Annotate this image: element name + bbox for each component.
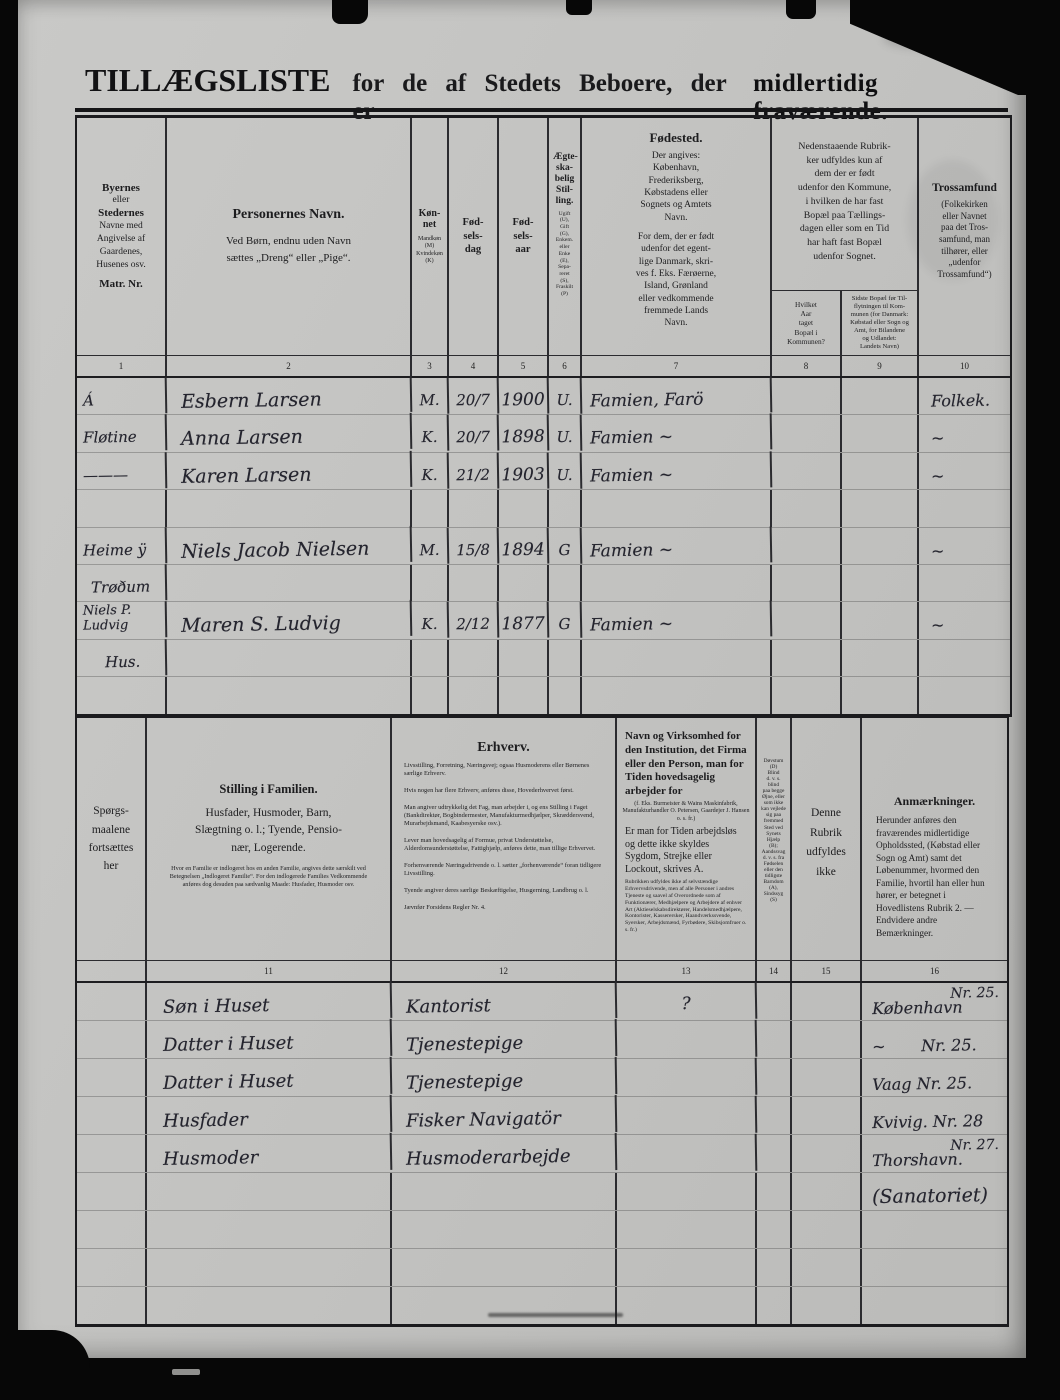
table-row: Datter i Huset Tjenestepige ~ Nr. 25. <box>77 1021 1007 1059</box>
col13-header: Navn og Virksomhed for den Institution, … <box>617 718 757 960</box>
cell-family-position: Datter i Huset <box>147 1019 393 1060</box>
cell-name <box>167 565 412 601</box>
table-row: (Sanatoriet) <box>77 1173 1007 1211</box>
cell-family-position: Datter i Huset <box>147 1057 393 1098</box>
cell-year-moved <box>772 453 842 489</box>
table-row: Datter i Huset Tjenestepige Vaag Nr. 25. <box>77 1059 1007 1097</box>
col1-line: Byernes <box>102 182 140 196</box>
cell-remarks <box>862 1249 1007 1286</box>
col11-fine-print: Hvor en Familie er indlogeret hos en and… <box>151 865 386 890</box>
col8-9-subheaders: Hvilket Aar taget Bopæl i Kommunen? Sids… <box>772 290 917 355</box>
printer-imprint <box>488 1313 623 1317</box>
col-number: 5 <box>499 356 549 376</box>
cell-birthyear: 1903 <box>499 452 550 489</box>
col1-matrnr: Matr. Nr. <box>99 278 142 292</box>
cell-birthplace: Famien, Farö <box>582 376 773 416</box>
col-number: 10 <box>919 356 1010 376</box>
cell-religion: ~ <box>919 415 1011 453</box>
cell-birthday <box>449 640 499 676</box>
cell-spacer <box>77 1249 147 1286</box>
remark-text: Kvivig. Nr. 28 <box>872 1111 983 1132</box>
cell-disability <box>757 1059 792 1096</box>
cell-employer <box>617 1211 757 1248</box>
cell-remarks: Vaag Nr. 25. <box>862 1058 1008 1098</box>
cell-year-moved <box>772 677 842 713</box>
lower-table-number-row: 11 12 13 14 15 16 <box>77 960 1007 983</box>
col-number: 13 <box>617 961 757 981</box>
cell-place: Hus. <box>77 639 168 677</box>
cell-last-residence <box>842 453 919 489</box>
cell-birthplace <box>582 677 772 713</box>
cell-year-moved <box>772 378 842 414</box>
cell-birthday <box>449 490 499 526</box>
film-mark-top <box>332 0 368 24</box>
col-number: 7 <box>582 356 772 376</box>
cell-occupation: Tjenestepige <box>392 1019 618 1060</box>
cell-status <box>549 565 582 601</box>
cell-unused <box>792 1135 862 1172</box>
cell-sex <box>412 640 449 676</box>
col3-title: Køn- net <box>419 208 441 230</box>
cell-employer <box>617 1134 758 1173</box>
cell-year-moved <box>772 565 842 601</box>
col13-main-text: Navn og Virksomhed for den Institution, … <box>621 724 751 799</box>
cell-birthday <box>449 565 499 601</box>
col-number: 9 <box>842 356 919 376</box>
cell-occupation <box>392 1173 617 1210</box>
cell-employer <box>617 1173 757 1210</box>
cell-name: Anna Larsen <box>167 413 413 454</box>
cell-place <box>77 490 167 526</box>
cell-name: Esbern Larsen <box>167 376 413 417</box>
cell-place: Á <box>77 377 168 415</box>
cell-spacer <box>77 1211 147 1248</box>
cell-birthyear: 1894 <box>499 527 550 564</box>
cell-last-residence <box>842 415 919 451</box>
col13-fine-print: Rubrikken udfyldes ikke af selvstændige … <box>621 879 751 934</box>
col-number: 8 <box>772 356 842 376</box>
col14-disability-codes: Døvstum (D) Blind d. v. s. blind paa beg… <box>761 724 786 903</box>
table-row <box>77 1287 1007 1324</box>
cell-status: G <box>549 602 583 639</box>
col7-paragraph: For dem, der er født udenfor det egent- … <box>586 231 766 330</box>
cell-place: Trøðum <box>77 564 168 602</box>
cell-birthyear: 1898 <box>499 415 550 452</box>
cell-birthday: 2/12 <box>449 602 500 639</box>
cell-status <box>549 640 582 676</box>
cell-disability <box>757 1135 792 1172</box>
remark-text: (Sanatoriet) <box>872 1184 988 1208</box>
cell-sex <box>412 565 449 601</box>
col13-examples: (f. Eks. Burmeister & Wains Maskinfabrik… <box>621 801 751 824</box>
col6-title: Ægte- ska- belig Stil- ling. <box>553 152 576 207</box>
title-lead: TILLÆGSLISTE <box>85 62 330 99</box>
cell-birthyear: 1877 <box>499 602 550 639</box>
census-form-page: TILLÆGSLISTE for de af Stedets Beboere, … <box>18 0 1026 1360</box>
col8-9-header-group: Nedenstaaende Rubrik- ker udfyldes kun a… <box>772 118 919 355</box>
cell-employer <box>617 1020 758 1059</box>
cell-year-moved <box>772 602 842 638</box>
col15-header: Denne Rubrik udfyldes ikke <box>792 718 862 960</box>
cell-family-position: Søn i Huset <box>147 981 393 1022</box>
cell-year-moved <box>772 415 842 451</box>
cell-sex: K. <box>412 415 450 452</box>
col7-paragraph: Der angives: København, Frederiksberg, K… <box>586 150 766 224</box>
cell-birthday: 21/2 <box>449 452 500 489</box>
cell-sex <box>412 490 449 526</box>
cell-family-position: Husmoder <box>147 1133 393 1174</box>
col2-header: Personernes Navn. Ved Børn, endnu uden N… <box>167 118 412 355</box>
col2-title: Personernes Navn. <box>233 207 345 223</box>
cell-disability <box>757 1249 792 1286</box>
cell-remarks: Kvivig. Nr. 28 <box>862 1096 1008 1136</box>
cell-spacer <box>77 983 147 1020</box>
film-border-right <box>1026 0 1060 1400</box>
col1-body: Navne med Angivelse af Gaardenes, Husene… <box>96 220 146 271</box>
col8-9-group-text: Nedenstaaende Rubrik- ker udfyldes kun a… <box>772 118 917 290</box>
cell-remarks: Nr. 25. København <box>862 982 1008 1022</box>
film-border-bottom <box>0 1358 1060 1400</box>
cell-spacer <box>77 1135 147 1172</box>
remark-text: Thorshavn. <box>872 1150 963 1171</box>
cell-spacer <box>77 1021 147 1058</box>
col15-not-filled-note: Denne Rubrik udfyldes ikke <box>796 724 856 882</box>
upper-table-header: Byernes eller Stedernes Navne med Angive… <box>77 118 1010 355</box>
col-number: 12 <box>392 961 617 981</box>
cell-place: Niels P. Ludvig <box>77 602 168 640</box>
cell-remarks: (Sanatoriet) <box>862 1172 1008 1212</box>
cell-place: ——— <box>77 452 168 490</box>
cell-unused <box>792 1097 862 1134</box>
col11-header: Stilling i Familien. Husfader, Husmoder,… <box>147 718 392 960</box>
col5-title: Fød- sels- aar <box>513 216 534 257</box>
cell-sex: M. <box>412 378 450 415</box>
table-row <box>77 677 1010 713</box>
film-border-left <box>0 0 18 1400</box>
cell-year-moved <box>772 490 842 526</box>
cell-remarks: Nr. 27. Thorshavn. <box>862 1134 1008 1174</box>
cell-status <box>549 677 582 713</box>
cell-name <box>167 490 412 526</box>
cell-place: Heime ÿ <box>77 527 168 565</box>
cell-family-position <box>147 1249 392 1286</box>
cell-disability <box>757 1211 792 1248</box>
cell-birthday: 20/7 <box>449 378 500 415</box>
cell-status: U. <box>549 415 583 452</box>
cell-occupation: Kantorist <box>392 981 618 1022</box>
table-row: Trøðum <box>77 565 1010 602</box>
cell-status: G <box>549 527 583 564</box>
col16-title: Anmærkninger. <box>866 794 1003 809</box>
cell-status: U. <box>549 378 583 415</box>
film-scratch-mark <box>172 1369 200 1375</box>
cell-family-position: Husfader <box>147 1095 393 1136</box>
cell-spacer <box>77 1059 147 1096</box>
col12-title: Erhverv. <box>477 740 530 756</box>
cell-occupation: Husmoderarbejde <box>392 1133 618 1174</box>
col14-header: Døvstum (D) Blind d. v. s. blind paa beg… <box>757 718 792 960</box>
cell-last-residence <box>842 640 919 676</box>
cell-spacer <box>77 1287 147 1324</box>
col12-header: Erhverv. Livsstilling, Forretning, Nærin… <box>392 718 617 960</box>
cell-birthplace <box>582 640 772 676</box>
cell-occupation <box>392 1211 617 1248</box>
cell-birthplace <box>582 565 772 601</box>
cell-occupation <box>392 1249 617 1286</box>
col5-header: Fød- sels- aar <box>499 118 549 355</box>
cell-place: Fløtine <box>77 415 168 453</box>
col1-line: Stedernes <box>98 207 144 221</box>
table-row: Hus. <box>77 640 1010 677</box>
col-number: 11 <box>147 961 392 981</box>
table-row: ——— Karen Larsen K. 21/2 1903 U. Famien … <box>77 453 1010 490</box>
cell-name: Maren S. Ludvig <box>167 600 413 641</box>
continuation-label: Spørgs- maalene fortsættes her <box>77 718 147 960</box>
cell-place <box>77 677 167 713</box>
cell-disability <box>757 1097 792 1134</box>
col-number: 3 <box>412 356 449 376</box>
col1-line: eller <box>113 195 130 206</box>
cell-religion <box>919 490 1010 526</box>
film-mark-top <box>566 0 592 15</box>
col-number: 16 <box>862 961 1007 981</box>
cell-sex <box>412 677 449 713</box>
cell-birthplace: Famien ~ <box>582 526 773 566</box>
cell-sex: M. <box>412 527 450 564</box>
cell-disability <box>757 1021 792 1058</box>
table-row <box>77 490 1010 527</box>
col16-header: Anmærkninger. Herunder anføres den fravæ… <box>862 718 1007 960</box>
cell-religion: ~ <box>919 527 1011 565</box>
cell-employer: ? <box>617 982 758 1021</box>
cell-last-residence <box>842 490 919 526</box>
cell-occupation <box>392 1287 617 1324</box>
cell-family-position <box>147 1211 392 1248</box>
cell-last-residence <box>842 677 919 713</box>
cell-unused <box>792 1021 862 1058</box>
cell-name: Niels Jacob Nielsen <box>167 525 413 566</box>
cell-remarks <box>862 1211 1007 1248</box>
cell-year-moved <box>772 528 842 564</box>
remark-text: Vaag Nr. 25. <box>872 1073 972 1094</box>
cell-sex: K. <box>412 602 450 639</box>
col1-header: Byernes eller Stedernes Navne med Angive… <box>77 118 167 355</box>
col12-fine-print: Livsstilling, Forretning, Næringsvej; og… <box>396 762 611 912</box>
lower-table: Spørgs- maalene fortsættes her Stilling … <box>75 715 1009 1327</box>
cell-religion <box>919 640 1010 676</box>
title-rule <box>75 108 1008 112</box>
cell-last-residence <box>842 602 919 638</box>
cell-unused <box>792 1059 862 1096</box>
table-row: Niels P. Ludvig Maren S. Ludvig K. 2/12 … <box>77 602 1010 639</box>
table-row: Heime ÿ Niels Jacob Nielsen M. 15/8 1894… <box>77 528 1010 565</box>
cell-employer <box>617 1058 758 1097</box>
cell-last-residence <box>842 528 919 564</box>
cell-religion: ~ <box>919 602 1011 640</box>
film-mark-top <box>786 0 816 19</box>
col3-header: Køn- net Mandkøn (M) Kvindekøn (K) <box>412 118 449 355</box>
col6-sub: Ugift (U), Gift (G), Enkem. eller Enke (… <box>553 211 576 298</box>
cell-birthday <box>449 677 499 713</box>
cell-occupation: Fisker Navigatör <box>392 1095 618 1136</box>
cell-birthplace <box>582 490 772 526</box>
lower-table-header: Spørgs- maalene fortsættes her Stilling … <box>77 718 1007 960</box>
cell-disability <box>757 983 792 1020</box>
cell-employer <box>617 1287 757 1324</box>
cell-religion <box>919 677 1010 713</box>
col-number: 1 <box>77 356 167 376</box>
col-number: 4 <box>449 356 499 376</box>
cell-birthday: 15/8 <box>449 527 500 564</box>
cell-unused <box>792 983 862 1020</box>
table-row <box>77 1249 1007 1287</box>
cell-birthyear <box>499 565 549 601</box>
upper-table: Byernes eller Stedernes Navne med Angive… <box>75 115 1012 717</box>
cell-unused <box>792 1211 862 1248</box>
cell-remarks: ~ Nr. 25. <box>862 1020 1008 1060</box>
cell-remarks <box>862 1287 1007 1324</box>
cell-birthplace: Famien ~ <box>582 601 773 641</box>
cell-birthyear <box>499 677 549 713</box>
cell-sex: K. <box>412 452 450 489</box>
cell-occupation: Tjenestepige <box>392 1057 618 1098</box>
col-number: 15 <box>792 961 862 981</box>
cell-religion: Folkek. <box>919 377 1011 415</box>
col9-subheader: Sidste Bopæl før Til- flytningen til Kom… <box>842 291 917 355</box>
col8-subheader: Hvilket Aar taget Bopæl i Kommunen? <box>772 291 842 355</box>
cell-religion: ~ <box>919 452 1011 490</box>
cell-birthyear: 1900 <box>499 378 550 415</box>
cell-disability <box>757 1173 792 1210</box>
col-number: 2 <box>167 356 412 376</box>
cell-religion <box>919 565 1010 601</box>
col-number: 14 <box>757 961 792 981</box>
cell-last-residence <box>842 565 919 601</box>
col4-title: Fød- sels- dag <box>463 216 484 257</box>
cell-status: U. <box>549 452 583 489</box>
col13-unemployed-note: Er man for Tiden arbejdsløs og dette ikk… <box>621 826 751 876</box>
table-row: Søn i Huset Kantorist ? Nr. 25. Københav… <box>77 983 1007 1021</box>
table-row <box>77 1211 1007 1249</box>
cell-disability <box>757 1287 792 1324</box>
col7-title: Fødested. <box>586 130 766 146</box>
cell-spacer <box>77 1097 147 1134</box>
remark-text: ~ Nr. 25. <box>872 1035 977 1056</box>
col2-sub: Ved Børn, endnu uden Navn sættes „Dreng“… <box>226 233 351 266</box>
table-row: Husfader Fisker Navigatör Kvivig. Nr. 28 <box>77 1097 1007 1135</box>
cell-birthplace: Famien ~ <box>582 451 773 491</box>
table-row: Husmoder Husmoderarbejde Nr. 27. Thorsha… <box>77 1135 1007 1173</box>
cell-unused <box>792 1287 862 1324</box>
cell-employer <box>617 1249 757 1286</box>
cell-birthyear <box>499 490 549 526</box>
col-number: 6 <box>549 356 582 376</box>
film-corner-bottom-left <box>0 1330 90 1400</box>
cell-name: Karen Larsen <box>167 451 413 492</box>
col16-body: Herunder anføres den fraværendes midlert… <box>866 815 1003 940</box>
cell-status <box>549 490 582 526</box>
cell-name <box>167 677 412 713</box>
col4-header: Fød- sels- dag <box>449 118 499 355</box>
cell-family-position <box>147 1173 392 1210</box>
cell-unused <box>792 1173 862 1210</box>
cell-employer <box>617 1096 758 1135</box>
cell-unused <box>792 1249 862 1286</box>
cell-birthyear <box>499 640 549 676</box>
cell-birthday: 20/7 <box>449 415 500 452</box>
cell-family-position <box>147 1287 392 1324</box>
ghost-smudge <box>908 160 998 280</box>
cell-last-residence <box>842 378 919 414</box>
cell-spacer <box>77 1173 147 1210</box>
col-number-blank <box>77 961 147 981</box>
upper-table-number-row: 1 2 3 4 5 6 7 8 9 10 <box>77 355 1010 378</box>
cell-birthplace: Famien ~ <box>582 414 773 454</box>
col3-sub: Mandkøn (M) Kvindekøn (K) <box>416 236 443 266</box>
table-row: Fløtine Anna Larsen K. 20/7 1898 U. Fami… <box>77 415 1010 452</box>
remark-text: København <box>872 998 963 1019</box>
col7-header: Fødested. Der angives: København, Freder… <box>582 118 772 355</box>
col11-title: Stilling i Familien. <box>219 782 317 797</box>
col6-header: Ægte- ska- belig Stil- ling. Ugift (U), … <box>549 118 582 355</box>
cell-year-moved <box>772 640 842 676</box>
table-row: Á Esbern Larsen M. 20/7 1900 U. Famien, … <box>77 378 1010 415</box>
cell-name <box>167 640 412 676</box>
col11-sub: Husfader, Husmoder, Barn, Slægtning o. l… <box>195 805 342 857</box>
